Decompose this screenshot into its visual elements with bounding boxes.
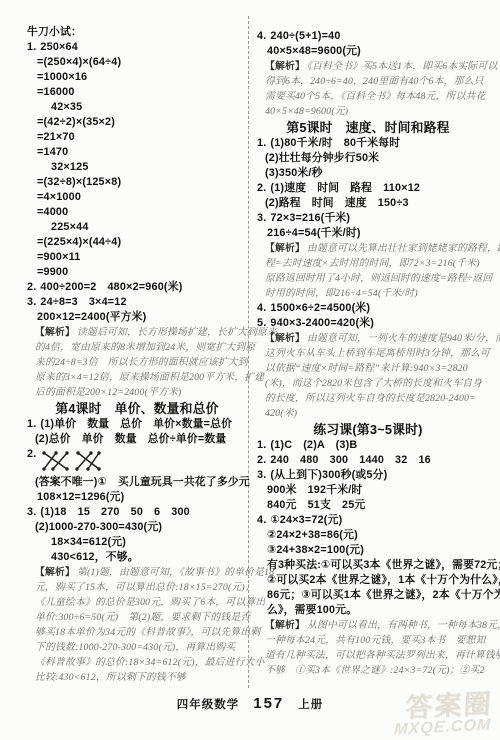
line-text: 读题后可知，长方形操场扩建，长扩大到原来 [77,327,277,338]
line-text: 这列火车从车头上桥到车尾离桥用时3分钟，那么可 [265,348,490,359]
line-text: 得到6本，240÷6=40，240里面有40个6本，那么只 [265,76,484,87]
line-text: (答案不唯一)① 买儿童玩具一共花了多少元 [35,476,250,488]
line-text: 240 480 300 1440 32 16 [270,454,430,466]
line-text: =(42÷2)×(35×2) [37,116,115,128]
analysis-line: 原来的3×4=12倍，原来操场面积是200平方米，扩建 [27,370,247,385]
answer-line: 32×125 [27,160,247,175]
line-text: 400÷200=2 480×2=960(米) [40,281,182,293]
line-text: (1)18 15 270 50 6 300 [40,506,189,518]
line-text: 以依据“速度×时间=路程”来计算:940×3=2820 [265,363,468,374]
answer-book-page: 牛刀小试：1.250×64=(250×4)×(64÷4)=1000×16=160… [0,0,500,740]
analysis-line: 的4倍，宽由原来的8米增加到24米，则宽扩大到原 [27,340,247,355]
line-text: (从上到下)300秒(或5分) [270,469,387,481]
section-heading: 练习课(第3~5课时) [257,421,479,438]
answer-line: 900米 192千米/时 [257,483,479,498]
answer-line: 2.(1)速度 时间 路程 110×12 [257,181,479,196]
answer-line: 4.①24×3=72(元) [257,513,479,528]
line-text: (米)，而这个2820米包含了大桥的长度和火车自身 [265,378,482,389]
line-text: ②可以买2本《世界之谜》，1本《十万个为什么》，需要 [267,574,500,586]
analysis-line: 够买18本单价为34元的《科普故事》，可以先算出剩 [27,625,247,640]
line-text: 后的面积是200×12=2400(平方米) [35,387,181,398]
footer-book-title: 四年级数学 [177,699,240,711]
analysis-label: 【解析】 [265,61,305,72]
line-text: 42×35 [51,101,82,113]
answer-line: 1.(1)C (2)A (3)B [257,438,479,453]
answer-line: =(42÷2)×(35×2) [27,115,247,130]
line-text: 来的24÷8=3倍 所以长方形的面积就应该扩大到 [35,357,248,368]
analysis-line: 元，购买了15本，可以算出总价:18×15=270(元)； [27,580,247,595]
line-text: 练习课(第3~5课时) [313,422,422,437]
analysis-line: 【解析】从图中可以看出，有两种书，一种每本38元， [257,618,479,633]
answer-line: =21×70 [27,130,247,145]
analysis-line: 【解析】《百科全书》买5本送1本，即买6本实际可以 [257,59,479,74]
answer-line: (2)路程 时间 速度 150÷3 [257,196,479,211]
analysis-line: 的长度，所以这列火车自身的长度是2820-2400= [257,391,479,406]
line-text: =(225×4)×(44÷4) [37,236,121,248]
answer-line: ③24+38×2=100(元) [257,543,479,558]
answer-line: =(32÷8)×(125×8) [27,175,247,190]
line-text: 18×34=612(元) [51,536,126,548]
line-text: 72×3=216(千米) [270,212,350,224]
exercise-title: 牛刀小试： [27,25,247,40]
right-column: 4.240÷(5+1)=4040×5×48=9600(元)【解析】《百科全书》买… [257,0,479,678]
line-text: 的长度，所以这列火车自身的长度是2820-2400= [265,393,476,404]
analysis-line: 【解析】由题意可知，一列火车的速度是940米/分，而 [257,331,479,346]
answer-line: ②可以买2本《世界之谜》，1本《十万个为什么》，需要 [257,573,479,588]
line-text: 《科普故事》的总价:18×34=612(元)，最后进行大小 [35,657,265,668]
answer-line: (2)1000-270-300=430(元) [27,520,247,535]
line-text: 40×5×48=9600(元) [265,106,348,117]
analysis-line: 得到6本，240÷6=40，240里面有40个6本，那么只 [257,74,479,89]
footer-page-number: 157 [253,695,284,712]
line-text: 第5课时 速度、时间和路程 [286,120,449,135]
line-text: (2)1000-270-300=430(元) [35,521,162,533]
line-text: 第(1)题，由题意可知，《故事书》的单价是18 [77,567,274,578]
line-text: 一种每本24元，共有100元钱，要买3本书 要想知 [265,635,486,646]
watermark-site: MXQE.COM [394,717,492,738]
analysis-line: 420(米) [257,406,479,421]
matching-lines-icon [40,448,104,474]
line-text: 够买18本单价为34元的《科普故事》，可以先算出剩 [35,627,260,638]
analysis-line: 以依据“速度×时间=路程”来计算:940×3=2820 [257,361,479,376]
answer-line: 430<612，不够。 [27,550,247,565]
line-text: 道有几种买法，可以把各种买法罗列出来，再计算钱够 [265,650,500,661]
analysis-label: 【解析】 [265,333,305,344]
item-number: 2. [257,454,266,466]
analysis-label: 【解析】 [265,243,305,254]
line-text: 430<612，不够。 [51,551,139,563]
line-text: =16000 [37,86,75,98]
line-text: 108×12=1296(元) [37,491,124,503]
line-text: 32×125 [51,161,89,173]
analysis-line: 时用的时间，即216÷4=54(千米/时) [257,286,479,301]
line-text: 24÷8=3 3×4=12 [40,296,126,308]
item-number: 4. [257,302,266,314]
left-column: 牛刀小试：1.250×64=(250×4)×(64÷4)=1000×16=160… [27,0,247,685]
line-text: 86元；③可以买1本《世界之谜》，2本《十万个为什 [267,589,500,601]
analysis-line: 道有几种买法，可以把各种买法罗列出来，再计算钱够 [257,648,479,663]
line-text: 程=去时速度×去时用的时间，即72×3=216(千米) [265,258,480,269]
answer-line: 42×35 [27,100,247,115]
answer-line: =4×1000 [27,190,247,205]
line-text: 225×44 [51,221,89,233]
line-text: 216÷4=54(千米/时) [267,227,361,239]
line-text: 元，购买了15本，可以算出总价:18×15=270(元)； [35,582,255,593]
line-text: =(250×4)×(64÷4) [37,56,121,68]
answer-line: 2.240 480 300 1440 32 16 [257,453,479,468]
answer-line: 1.(1)80千米/时 80千米每时 [257,136,479,151]
answer-line: 1.(1)单价 数量 总价 单价×数量=总价 [27,417,247,432]
answer-line: =900×11 [27,250,247,265]
answer-line: 200×12=2400(平方米) [27,310,247,325]
watermark: 答案圈 MXQE.COM [394,690,494,738]
line-text: (2)总价 单价 数量 总价÷单价=数量 [35,433,226,445]
analysis-line: 40×5×48=9600(元) [257,104,479,119]
answer-line: 86元；③可以买1本《世界之谜》，2本《十万个为什 [257,588,479,603]
answer-line: ②24×2+38=86(元) [257,528,479,543]
analysis-line: 下的钱数:1000-270-300=430(元)，再算出购买 [27,640,247,655]
line-text: 840元 51支 25元 [267,499,365,511]
line-text: =4×1000 [37,191,81,203]
line-text: (1)速度 时间 路程 110×12 [270,182,420,194]
analysis-line: 比较:430<612，所以剩下的钱不够 [27,670,247,685]
footer-volume: 上册 [298,699,323,711]
line-text: 有3种买法:①可以买3本《世界之谜》，需要72元； [267,559,500,571]
analysis-label: 【解析】 [265,620,305,631]
line-text: 900米 192千米/时 [267,484,362,496]
answer-line: 3.(从上到下)300秒(或5分) [257,468,479,483]
analysis-line: 原路返回时用了4小时，则返回时的速度=路程÷返回 [257,271,479,286]
line-text: =4000 [37,206,68,218]
analysis-line: 【解析】由题意可以先算出壮壮家到姥姥家的路程，路 [257,241,479,256]
item-number: 3. [27,296,36,308]
line-text: 从图中可以看出，有两种书，一种每本38元， [307,620,500,631]
item-number: 3. [27,506,36,518]
item-number: 2. [27,281,36,293]
answer-line: 3.24÷8=3 3×4=12 [27,295,247,310]
answer-line: 18×34=612(元) [27,535,247,550]
answer-line: (2)总价 单价 数量 总价÷单价=数量 [27,432,247,447]
line-text: =(32÷8)×(125×8) [37,176,121,188]
line-text: 420(米) [265,408,297,419]
answer-line: 216÷4=54(千米/时) [257,226,479,241]
item-number: 1. [27,418,36,430]
line-text: 由题意可知，一列火车的速度是940米/分，而 [307,333,500,344]
answer-line: =4000 [27,205,247,220]
section-heading: 第5课时 速度、时间和路程 [257,119,479,136]
line-text: (2)壮壮每分钟步行50米 [265,152,379,164]
answer-line: =1000×16 [27,70,247,85]
line-text: 940×3-2400=420(米) [270,317,374,329]
analysis-line: 一种每本24元，共有100元钱，要买3本书 要想知 [257,633,479,648]
analysis-line: 单价:300÷6=50(元) 第(2)题，要求剩下的钱是否 [27,610,247,625]
line-text: 需要买40个5本，《百科全书》每本48元，所以共花 [265,91,486,102]
item-number: 5. [257,317,266,329]
item-number: 1. [257,137,266,149]
analysis-line: 后的面积是200×12=2400(平方米) [27,385,247,400]
line-text: ①24×3=72(元) [270,514,342,526]
line-text: =9900 [37,266,68,278]
answer-line: (2)壮壮每分钟步行50米 [257,151,479,166]
line-text: =1000×16 [37,71,87,83]
line-text: =21×70 [37,131,75,143]
line-text: (1)80千米/时 80千米每时 [270,137,400,149]
answer-line: 840元 51支 25元 [257,498,479,513]
item-number: 1. [27,41,36,53]
item-number: 3. [257,212,266,224]
answer-line: (答案不唯一)① 买儿童玩具一共花了多少元 [27,475,247,490]
item-number: 4. [257,514,266,526]
line-text: 时用的时间，即216÷4=54(千米/时) [265,288,418,299]
answer-line: 有3种买法:①可以买3本《世界之谜》，需要72元； [257,558,479,573]
analysis-line: 《科普故事》的总价:18×34=612(元)，最后进行大小 [27,655,247,670]
analysis-line: 《儿童绘本》的总价是300元，购买了6本，可以算出 [27,595,247,610]
answer-line: 4.1500×6÷2=4500(米) [257,301,479,316]
line-text: 下的钱数:1000-270-300=430(元)，再算出购买 [35,642,235,653]
line-text: 由题意可以先算出壮壮家到姥姥家的路程，路 [307,243,500,254]
answer-line: =16000 [27,85,247,100]
item-number: 2. [257,182,266,194]
item-number: 2. [27,447,36,462]
matching-diagram-line: 2. [27,447,247,475]
line-text: 250×64 [40,41,78,53]
line-text: 原路返回时用了4小时，则返回时的速度=路程÷返回 [265,273,492,284]
answer-line: 5.940×3-2400=420(米) [257,316,479,331]
answer-line: 2.400÷200=2 480×2=960(米) [27,280,247,295]
analysis-label: 【解析】 [35,567,75,578]
answer-line: 4.240÷(5+1)=40 [257,29,479,44]
analysis-label: 【解析】 [35,327,75,338]
item-number: 4. [257,30,266,42]
analysis-line: 来的24÷8=3倍 所以长方形的面积就应该扩大到 [27,355,247,370]
line-text: 单价:300÷6=50(元) 第(2)题，要求剩下的钱是否 [35,612,250,623]
line-text: ②24×2+38=86(元) [267,529,358,541]
analysis-line: 不够 ①买3本《世界之谜》:24×3=72(元)；②买2 [257,663,479,678]
line-text: 《百科全书》买5本送1本，即买6本实际可以 [307,61,497,72]
answer-line: 3.72×3=216(千米) [257,211,479,226]
line-text: 比较:430<612，所以剩下的钱不够 [35,672,186,683]
analysis-line: 需要买40个5本，《百科全书》每本48元，所以共花 [257,89,479,104]
answer-line: 225×44 [27,220,247,235]
answer-line: =(225×4)×(44÷4) [27,235,247,250]
line-text: 1500×6÷2=4500(米) [270,302,370,314]
line-text: 200×12=2400(平方米) [37,311,146,323]
analysis-line: 【解析】读题后可知，长方形操场扩建，长扩大到原来 [27,325,247,340]
line-text: 不够 ①买3本《世界之谜》:24×3=72(元)；②买2 [265,665,485,676]
answer-line: =9900 [27,265,247,280]
line-text: =1470 [37,146,68,158]
answer-line: 1.250×64 [27,40,247,55]
line-text: 原来的3×4=12倍，原来操场面积是200平方米，扩建 [35,372,264,383]
line-text: 《儿童绘本》的总价是300元，购买了6本，可以算出 [35,597,265,608]
analysis-line: 【解析】第(1)题，由题意可知，《故事书》的单价是18 [27,565,247,580]
line-text: =900×11 [37,251,80,263]
line-text: 第4课时 单价、数量和总价 [55,401,218,416]
line-text: 240÷(5+1)=40 [270,30,340,42]
answer-line: 么》，需要100元。 [257,603,479,618]
answer-line: (3)350米/秒 [257,166,479,181]
line-text: 的4倍，宽由原来的8米增加到24米，则宽扩大到原 [35,342,255,353]
answer-line: 40×5×48=9600(元) [257,44,479,59]
line-text: 么》，需要100元。 [267,604,357,616]
line-text: (1)单价 数量 总价 单价×数量=总价 [40,418,232,430]
section-heading: 第4课时 单价、数量和总价 [27,400,247,417]
line-text: (2)路程 时间 速度 150÷3 [265,197,409,209]
line-text: 牛刀小试： [27,26,82,38]
line-text: ③24+38×2=100(元) [267,544,364,556]
analysis-line: 这列火车从车头上桥到车尾离桥用时3分钟，那么可 [257,346,479,361]
answer-line: 108×12=1296(元) [27,490,247,505]
answer-line: =(250×4)×(64÷4) [27,55,247,70]
analysis-line: 程=去时速度×去时用的时间，即72×3=216(千米) [257,256,479,271]
line-text: (3)350米/秒 [265,167,323,179]
analysis-line: (米)，而这个2820米包含了大桥的长度和火车自身 [257,376,479,391]
answer-line: 3.(1)18 15 270 50 6 300 [27,505,247,520]
item-number: 3. [257,469,266,481]
answer-line: =1470 [27,145,247,160]
item-number: 1. [257,439,266,451]
line-text: 40×5×48=9600(元) [267,45,361,57]
line-text: (1)C (2)A (3)B [270,439,357,451]
